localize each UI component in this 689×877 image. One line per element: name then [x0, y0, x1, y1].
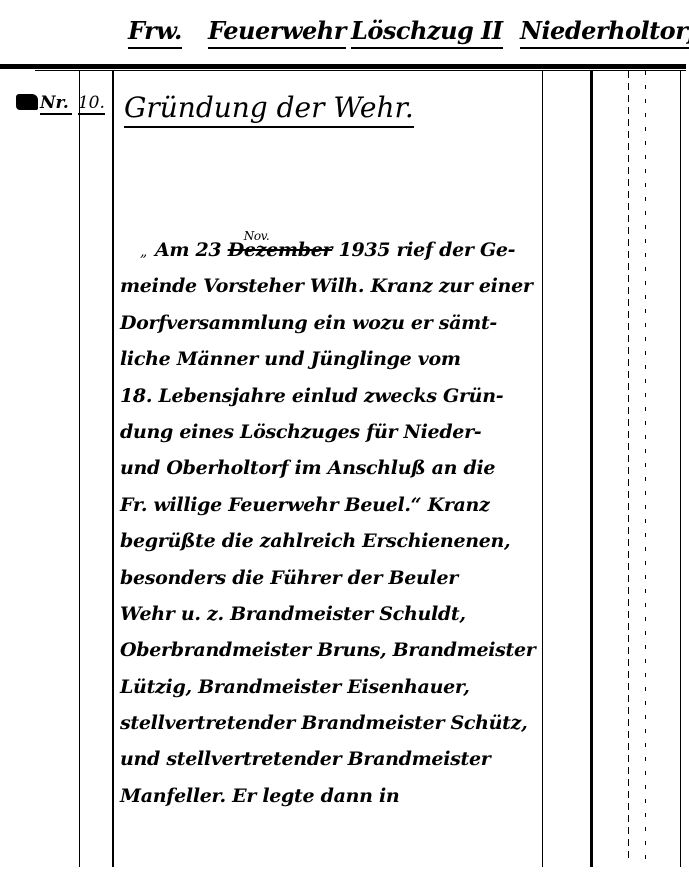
column-rule-edge — [680, 71, 681, 867]
column-rule-dashed-1 — [628, 71, 629, 861]
entry-number: Nr.10. — [16, 92, 105, 114]
document-page: Frw. Feuerwehr Löschzug II Niederholtorf… — [0, 0, 689, 877]
column-rule-right-1 — [542, 71, 543, 867]
body-line: liche Männer und Jünglinge vom — [120, 341, 538, 377]
header-word-loeschzug: Löschzug II — [351, 16, 503, 49]
body-line: begrüßte die zahlreich Erschienenen, — [120, 523, 538, 559]
body-line: Fr. willige Feuerwehr Beuel.“ Kranz — [120, 487, 538, 523]
header-word-feuerwehr: Feuerwehr — [208, 16, 346, 49]
body-line: 18. Lebensjahre einlud zwecks Grün- — [120, 378, 538, 414]
body-line: besonders die Führer der Beuler — [120, 560, 538, 596]
body-line: und Oberholtorf im Anschluß an die — [120, 450, 538, 486]
body-line: meinde Vorsteher Wilh. Kranz zur einer — [120, 268, 538, 304]
line1-post: 1935 rief der Ge- — [339, 239, 516, 261]
column-rule-right-2 — [590, 71, 593, 867]
line1-pre: Am 23 — [155, 239, 221, 261]
entry-title: Gründung der Wehr. — [124, 90, 414, 128]
header-rule-thick — [0, 64, 686, 69]
inserted-month: Nov. — [244, 230, 270, 242]
margin-rule-left — [79, 71, 80, 867]
body-line: Wehr u. z. Brandmeister Schuldt, — [120, 596, 538, 632]
body-line: und stellvertretender Brandmeister — [120, 741, 538, 777]
body-line-1: „Am 23 Nov. Dezember 1935 rief der Ge- — [120, 232, 538, 268]
entry-body: „Am 23 Nov. Dezember 1935 rief der Ge- m… — [120, 232, 538, 814]
opening-quote: „ — [140, 244, 147, 260]
page-header: Frw. Feuerwehr Löschzug II Niederholtorf… — [128, 12, 683, 54]
body-line: Lützig, Brandmeister Eisenhauer, — [120, 669, 538, 705]
entry-number-value: 10. — [78, 93, 105, 115]
header-word-niederholtorf: Niederholtorf. — [520, 16, 689, 49]
body-line: Oberbrandmeister Bruns, Brandmeister — [120, 632, 538, 668]
body-line: dung eines Löschzuges für Nieder- — [120, 414, 538, 450]
margin-rule-text — [112, 71, 114, 867]
header-rule-thin — [35, 70, 686, 71]
body-line: Dorfversammlung ein wozu er sämt- — [120, 305, 538, 341]
body-line: Manfeller. Er legte dann in — [120, 778, 538, 814]
body-line: stellvertretender Brandmeister Schütz, — [120, 705, 538, 741]
entry-number-label: Nr. — [40, 93, 72, 115]
header-word-frw: Frw. — [128, 16, 182, 49]
date-correction: Nov. Dezember — [228, 232, 333, 268]
ink-blot — [16, 94, 38, 110]
column-rule-dashed-2 — [645, 71, 646, 861]
